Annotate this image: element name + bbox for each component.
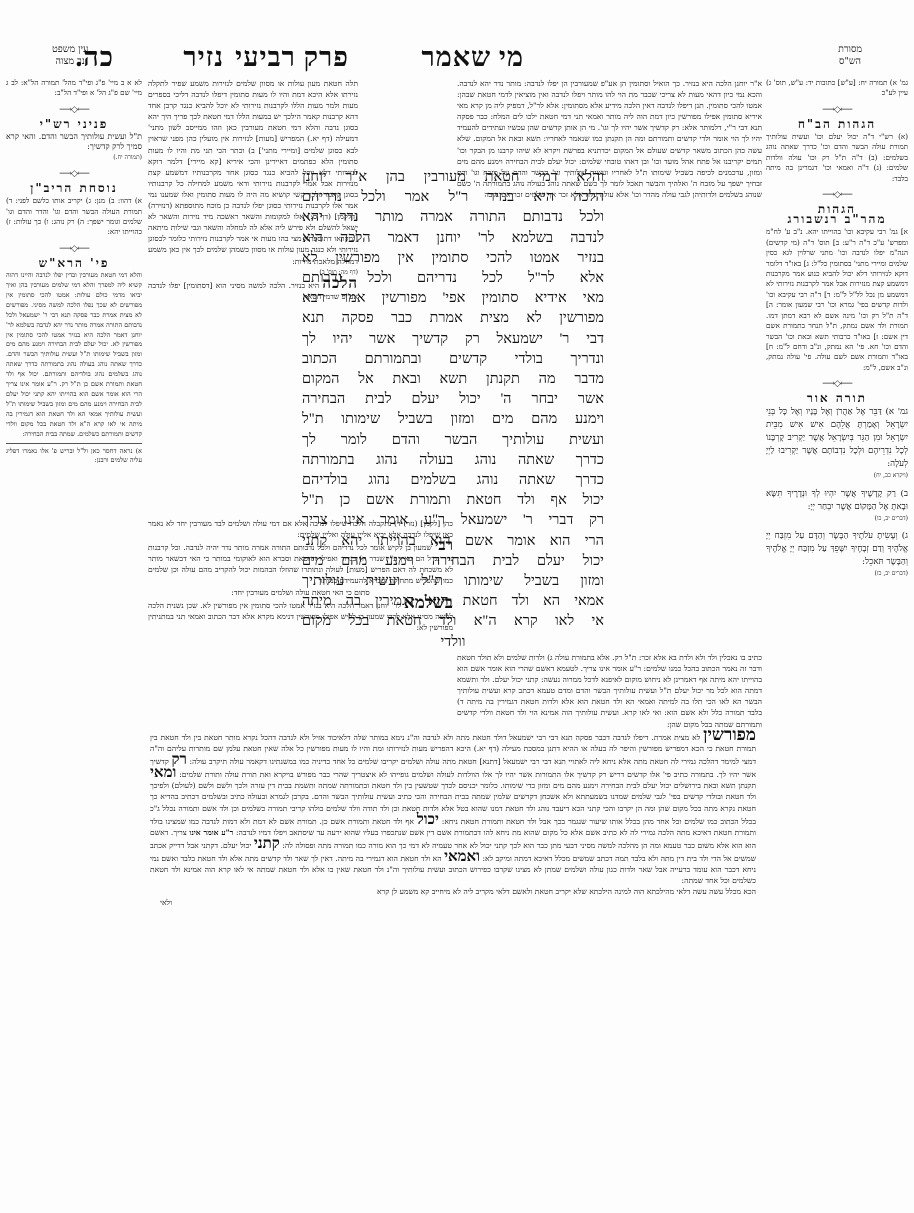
mefurashin-dibur: מפורשין [703, 725, 756, 745]
left-margin: לא א ב מיי' פ"ג ופי"ד מהל' תמורה הל"א: ל… [6, 78, 142, 465]
gemara-line: אלא לר"ל לכל נדריהם ולכל נדבותם [302, 268, 604, 288]
gemara-line: מאי אידיא סתומין אפי' מפורשין אמר רבא [302, 288, 604, 308]
gemara-line: לנדבה בשלמא לר' יוחנן דאמר הלכה היא [302, 228, 604, 248]
gemara-line: אשר יבחר ה' יכול יעלם לבית הבחירה [302, 389, 604, 409]
gemara-line: בנזיר אמטו להכי סתומין אין מפורשין לא [302, 248, 604, 268]
gemara-line: דבי ר' ישמעאל רק קדשיך אשר יהיו לך [302, 329, 604, 349]
yachol-dibur: יכול [417, 810, 439, 828]
tosafot-continuation: כהן [לקמן] (נזר) ד) נתקבלה הלכה שיפלו לנ… [148, 518, 453, 633]
gemara-line: מפורשין לא מצית אמרת כבר פסקה תנא [302, 308, 604, 328]
bishlama-dibur: בשלמא [404, 593, 453, 613]
gemara-line: ולכל נדבותם התורה אמרה מותר נדר יהא [302, 207, 604, 227]
pninei-rashi-ref: (תמורה יח.) [6, 153, 142, 163]
gemara-line: וולדי [302, 632, 604, 652]
ornament-divider: ⟵◇⟶ [6, 244, 142, 254]
ein-mishpat-text: לא א ב מיי' פ"ג ופי"ד מהל' תמורה הל"א: ל… [6, 78, 142, 99]
masoret-hashas-text: גמ' א) תמורה יח: [ע"ש] כתובות יד: ע"ש, ת… [766, 78, 908, 99]
gemara-line: הלכה היא בנזיר ר"ל אמר ולכל נדריהם [302, 187, 604, 207]
gemara-line: כדרך שאתה נוהג בשלמים נהוג בולדיהם [302, 470, 604, 490]
ornament-divider: ⟵◇⟶ [766, 105, 908, 115]
ornament-divider: ⟵◇⟶ [766, 379, 908, 389]
hagahot-maharab-title: הגהות מהר"ב רנשבורג [766, 204, 908, 224]
page-header: מסורת הש"ס מי שאמר פרק רביעי נזיר כה. עי… [0, 42, 914, 72]
gemara-line: ועשית עולותיך הבשר והדם לומר לך [302, 430, 604, 450]
nusach-rivan-text: א) דהוו: ב) מנן: ג) יקריב אותו כלשם לפני… [6, 196, 142, 238]
torah-or-ref-2: (דברים יב, כו) [766, 514, 908, 524]
torah-or-verse-3: ג) וְעָשִׂיתָ עֹלֹתֶיךָ הַבָּשָׂר וְהַדָ… [766, 530, 908, 569]
masoret-hashas-label: מסורת הש"ס [838, 44, 862, 68]
vemai-dibur: ומאי [150, 763, 176, 781]
gemara-line: כדרך שאתה נוהג בעולה נהוג בתמורתה [302, 450, 604, 470]
pninei-rashi-text: ת"ל ועשית עולותיך הבשר והדם. והאי קרא סמ… [6, 132, 142, 153]
raa-dibur: ר"ע אומר אינו [189, 828, 233, 837]
rashi-continuation: כתיב בו נאכלין ולד ולא ולדת בא אלא זכר: … [457, 652, 762, 730]
vemai2-dibur: ואמאי [444, 847, 480, 865]
tractate-name: נזיר [183, 42, 224, 73]
pi-harosh-title: פי' הרא"ש [6, 258, 142, 268]
hagahot-maharab-text: א] גמ' רבי עקיבא וכו' בהוייתו יהא. נ"ב ע… [766, 227, 908, 373]
gemara-line: והלא דמי חטאת מעורבין בהן א"ר יוחנן [302, 167, 604, 187]
hagahot-bach-text: (א) רש"י ד"ה יכול יעלם וכו' ועשית עולותי… [766, 132, 908, 184]
nusach-rivan-title: נוסחת הריב"ן [6, 183, 142, 193]
bottom-tosafot: מפורשין לא מצית אמרת. דיפלו לנדבה דכבר פ… [150, 730, 756, 908]
ornament-divider: ⟵◇⟶ [6, 169, 142, 179]
bottom-end-word: ולאי [150, 897, 756, 908]
pninei-rashi-title: פניני רש"י [6, 119, 142, 129]
torah-or-verse-1: גמ' א) דַּבֵּר אֶל אַהֲרֹן וְאֶל בָּנָיו… [766, 406, 908, 471]
torah-or-title: תורה אור [766, 393, 908, 403]
hagahot-bach-title: הגהות הב"ח [766, 119, 908, 129]
perek-name: מי שאמר [421, 42, 524, 73]
pi-harosh-text: והלא דמי חטאת מעורבין ובדין יפלו לנדבה ו… [6, 271, 142, 439]
torah-or-ref-1: (ויקרא כב, יח) [766, 471, 908, 481]
footnote: א) נראה דחסר כאן ול"ל ובריש פ' אלו נאמרו… [6, 443, 142, 465]
torah-or-verse-2: ב) רַק קָדָשֶׁיךָ אֲשֶׁר יִהְיוּ לְךָ וּ… [766, 488, 908, 514]
katani-dibur: קתני [254, 834, 280, 852]
gemara-line: יכול אף ולד חטאת ותמורת אשם כן ת"ל [302, 490, 604, 510]
tosafot-text-2: כהן [לקמן] (נזר) ד) נתקבלה הלכה שיפלו לנ… [148, 518, 453, 540]
rashi-continuation-text: כתיב בו נאכלין ולד ולא ולדת בא אלא זכר: … [457, 652, 762, 730]
tosafot-text-3: שמעון בן לקיש אומר לכל נדריהם ולכל נדבות… [148, 543, 453, 585]
rabbi-dibur: רבי [434, 536, 453, 554]
ornament-divider: ⟵◇⟶ [6, 105, 142, 115]
ein-mishpat-label: עין משפט נר מצוה [52, 44, 88, 68]
right-margin: גמ' א) תמורה יח: [ע"ש] כתובות יד: ע"ש, ת… [766, 78, 908, 579]
torah-or-ref-3: (דברים יב, כז) [766, 569, 908, 579]
ornament-divider: ⟵◇⟶ [766, 190, 908, 200]
bottom-text-1: לא מצית אמרת. דיפלו לנדבה דכבר פסקה תנא … [150, 733, 756, 766]
gemara-line: וימנע מהם מים ומזון בשביל שימותו ת"ל [302, 409, 604, 429]
gemara-line: מדבר מה תקנתן תשא ובאת אל המקום [302, 369, 604, 389]
gemara-line: ונדריך בולדי קדשים ובתמורתם הכתוב [302, 349, 604, 369]
perek-number: פרק רביעי [235, 42, 349, 73]
bottom-last-line: הכא מכלל עשה עשה דלאי מהילכתא הוה למינה … [150, 886, 756, 897]
